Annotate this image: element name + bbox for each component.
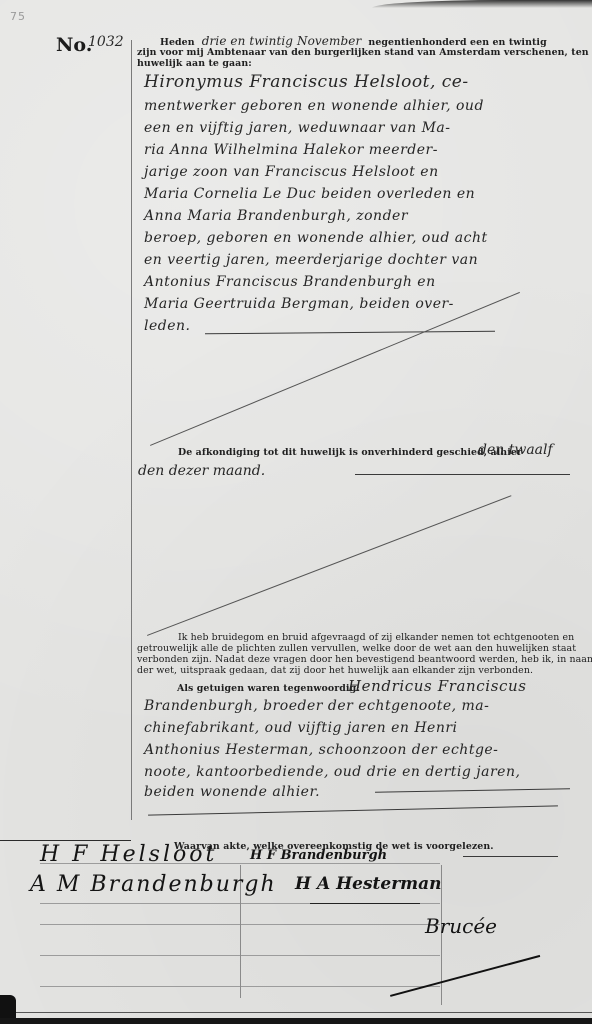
diagonal-strike-line [147, 495, 511, 636]
handwritten-date: drie en twintig November [202, 34, 362, 48]
page-curl-shadow [372, 0, 592, 8]
signature-bride: A M Brandenburgh [30, 872, 277, 897]
scan-bottom-edge [0, 1018, 592, 1024]
witness-line-4: noote, kantoorbediende, oud drie en dert… [144, 764, 584, 780]
witness-line-1: Brandenburgh, broeder der echtgenoote, m… [144, 698, 584, 714]
diagonal-strike-line [150, 292, 520, 446]
declaration-line-4: der wet, uitspraak gedaan, dat zij door … [137, 666, 533, 677]
closing-fill-line [463, 856, 558, 857]
signature-witness-2: H A Hesterman [295, 874, 442, 894]
number-label-text: No. [56, 34, 92, 56]
party-line-3: een en vijftig jaren, weduwnaar van Ma- [144, 120, 584, 136]
witness-handwritten-first: Hendricus Franciscus [348, 677, 527, 695]
declaration-line-3: verbonden zijn. Nadat deze vragen door h… [137, 655, 592, 666]
record-number-value: 1032 [88, 34, 124, 50]
witness-line-5: beiden wonende alhier. [144, 784, 584, 800]
party-line-4: ria Anna Wilhelmina Halekor meerder- [144, 142, 584, 158]
witnesses-printed: Als getuigen waren tegenwoordig: [177, 684, 360, 695]
proclamation-fill-line [355, 474, 570, 475]
party-line-2: mentwerker geboren en wonende alhier, ou… [144, 98, 584, 114]
record-number-label: No. [56, 34, 92, 56]
party-line-7: Anna Maria Brandenburgh, zonder [144, 208, 584, 224]
witness-line-3: Anthonius Hesterman, schoonzoon der echt… [144, 742, 584, 758]
signature-witness-1: H F Brandenburgh [250, 848, 387, 863]
party-line-5: jarige zoon van Franciscus Helsloot en [144, 164, 584, 180]
declaration-line-1: Ik heb bruidegom en bruid afgevraagd of … [178, 633, 574, 644]
party-line-8: beroep, geboren en wonende alhier, oud a… [144, 230, 584, 246]
section-divider-line [148, 805, 558, 815]
declaration-line-2: getrouwelijk alle de plichten zullen ver… [137, 644, 576, 655]
left-margin-rule [131, 40, 132, 820]
proclamation-handwritten-1: den twaalf [478, 442, 553, 458]
header-line-2: zijn voor mij Ambtenaar van den burgerli… [137, 48, 592, 59]
signature-groom: H F Helsloot [40, 842, 217, 867]
header-line-3: huwelijk aan te gaan: [137, 59, 252, 70]
margin-foot-rule [0, 840, 131, 841]
signature-flourish [390, 955, 540, 997]
signature-official: Brucée [425, 914, 497, 938]
party-line-6: Maria Cornelia Le Duc beiden overleden e… [144, 186, 584, 202]
party-line-9: en veertig jaren, meerderjarige dochter … [144, 252, 584, 268]
proclamation-handwritten-2: den dezer maand. [138, 463, 265, 479]
witness-line-2: chinefabrikant, oud vijftig jaren en Hen… [144, 720, 584, 736]
page-bottom-rule [15, 1012, 592, 1013]
archive-stamp: 75 [10, 10, 26, 23]
document-page: 75 No. 1032 Heden drie en twintig Novemb… [0, 0, 592, 1020]
party-line-1: Hironymus Franciscus Helsloot, ce- [144, 72, 584, 92]
proclamation-printed: De afkondiging tot dit huwelijk is onver… [178, 448, 522, 459]
party-line-10: Antonius Franciscus Brandenburgh en [144, 274, 584, 290]
signature-underline [310, 903, 420, 904]
party-line-11: Maria Geertruida Bergman, beiden over- [144, 296, 584, 312]
